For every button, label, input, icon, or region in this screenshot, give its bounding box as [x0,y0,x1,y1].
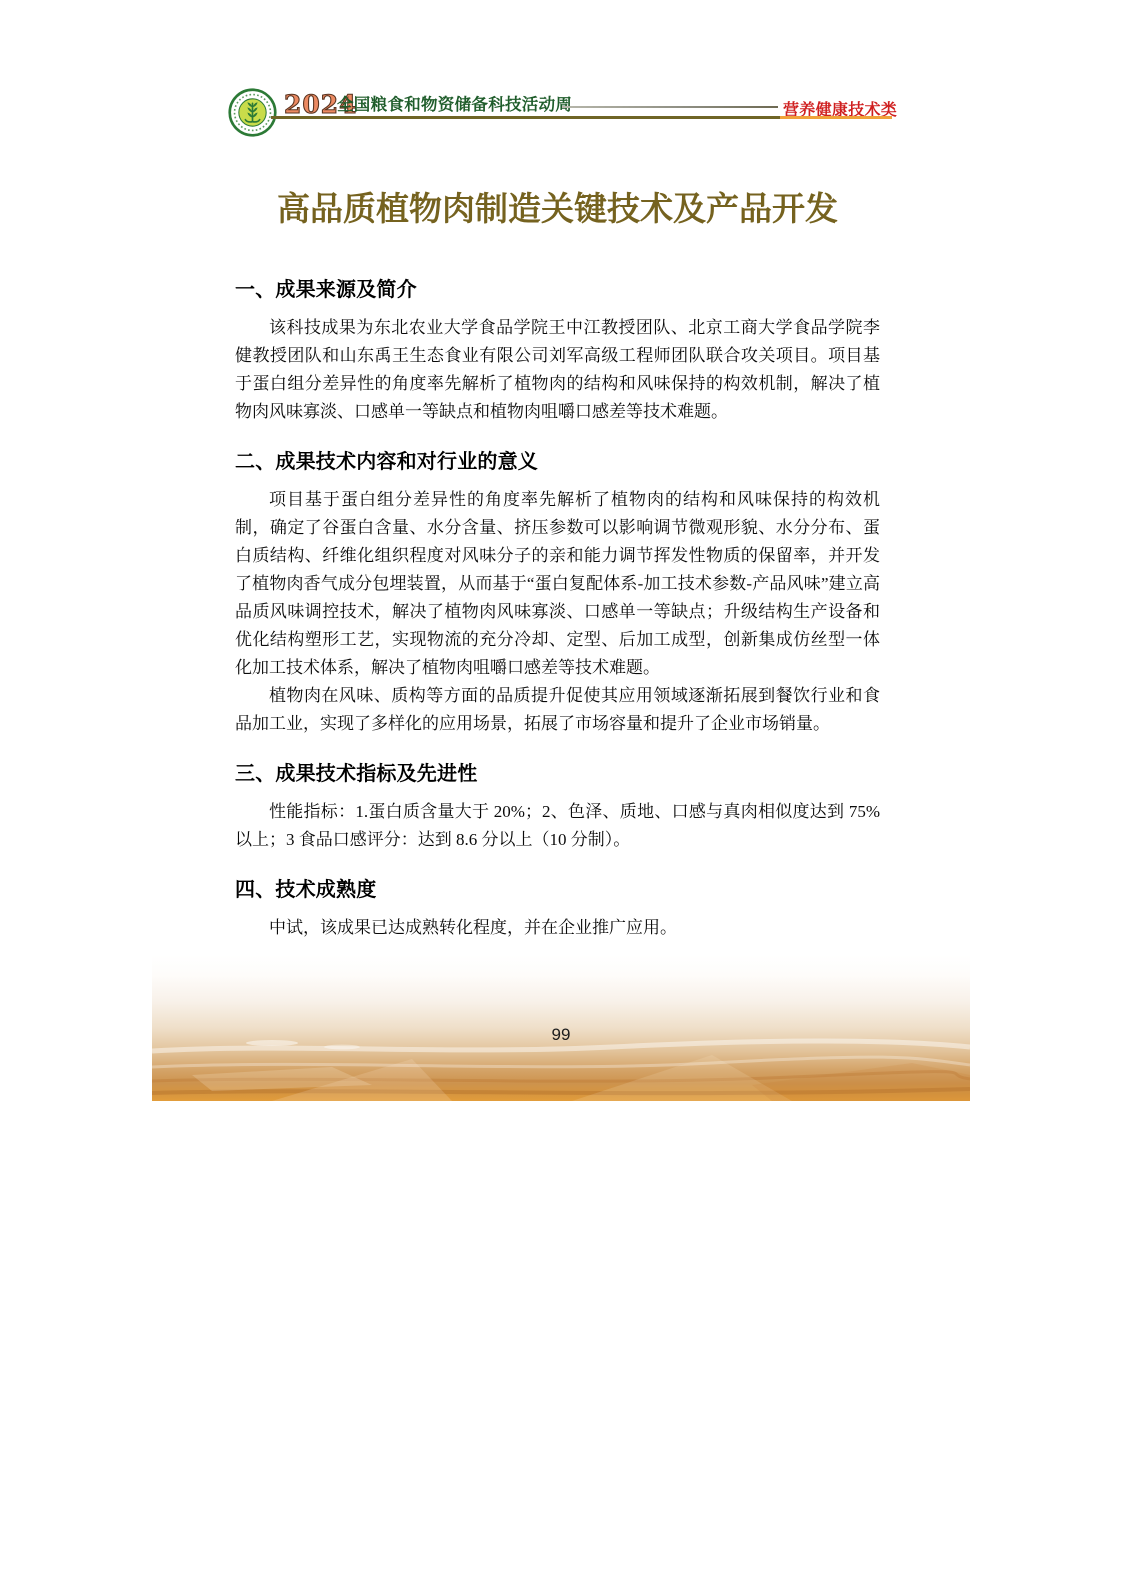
grain-emblem-logo [228,88,277,137]
section-heading: 二、成果技术内容和对行业的意义 [235,449,880,475]
body-paragraph: 项目基于蛋白组分差异性的角度率先解析了植物肉的结构和风味保持的构效机制，确定了谷… [235,486,880,682]
section-heading: 一、成果来源及简介 [235,277,880,303]
section-maturity: 四、技术成熟度 中试，该成果已达成熟转化程度，并在企业推广应用。 [235,877,880,942]
section-technical-indicators: 三、成果技术指标及先进性 性能指标：1.蛋白质含量大于 20%；2、色泽、质地、… [235,761,880,854]
header-event-title: 全国粮食和物资储备科技活动周 [337,96,572,116]
body-paragraph: 该科技成果为东北农业大学食品学院王中江教授团队、北京工商大学食品学院李健教授团队… [235,314,880,426]
section-source-intro: 一、成果来源及简介 该科技成果为东北农业大学食品学院王中江教授团队、北京工商大学… [235,277,880,426]
document-page: 2024 全国粮食和物资储备科技活动周 营养健康技术类 高品质植物肉制造关键技术… [0,0,1122,1588]
page-number: 99 [0,1025,1122,1045]
header-connector-line [562,106,778,108]
body-paragraph: 中试，该成果已达成熟转化程度，并在企业推广应用。 [235,914,880,942]
section-technical-content: 二、成果技术内容和对行业的意义 项目基于蛋白组分差异性的角度率先解析了植物肉的结… [235,449,880,738]
body-paragraph: 植物肉在风味、质构等方面的品质提升促使其应用领域逐渐拓展到餐饮行业和食品加工业，… [235,682,880,738]
document-title: 高品质植物肉制造关键技术及产品开发 [235,191,880,231]
header-rule-olive [271,116,780,119]
body-paragraph: 性能指标：1.蛋白质含量大于 20%；2、色泽、质地、口感与真肉相似度达到 75… [235,798,880,854]
section-heading: 四、技术成熟度 [235,877,880,903]
section-heading: 三、成果技术指标及先进性 [235,761,880,787]
document-body: 一、成果来源及简介 该科技成果为东北农业大学食品学院王中江教授团队、北京工商大学… [235,277,880,942]
header-rule-orange [780,116,892,119]
